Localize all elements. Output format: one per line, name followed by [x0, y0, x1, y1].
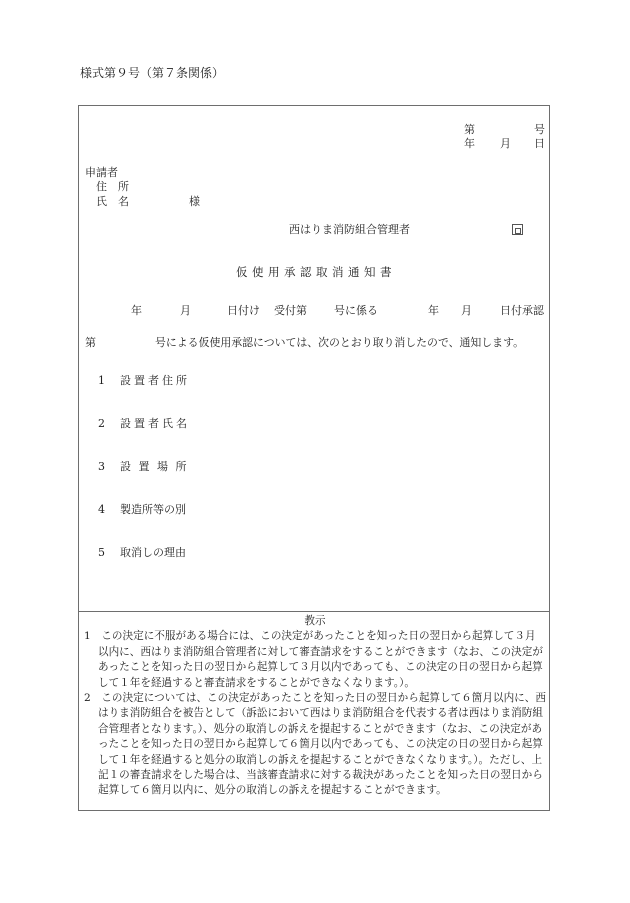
item-number: 2: [98, 417, 105, 430]
ref-year-2: 年: [428, 304, 439, 317]
item-label-cancellation-reason: 取消しの理由: [120, 546, 186, 559]
item-number: 5: [98, 546, 105, 559]
notice-heading: 教示: [84, 614, 546, 629]
ref-receipt-prefix: 受付第: [274, 304, 307, 317]
applicant-name-label: 氏 名: [96, 195, 129, 208]
item-label-facility-type: 製造所等の別: [120, 503, 186, 516]
doc-number-suffix: 号: [534, 123, 545, 136]
date-month: 月: [500, 137, 511, 150]
applicant-heading: 申請者: [85, 166, 118, 179]
issuer-name: 西はりま消防組合管理者: [289, 223, 410, 236]
ref-day-2: 日付承認: [500, 304, 544, 317]
notice-paragraph-1: 1 この決定に不服がある場合には、この決定があったことを知った日の翌日から起算し…: [84, 629, 546, 691]
item-label-installation-site: 設 置 場 所: [120, 460, 189, 473]
ref-day-1: 日付け: [227, 304, 260, 317]
notice-paragraph-2: 2 この決定については、この決定があったことを知った日の翌日から起算して６箇月以…: [84, 691, 546, 799]
ref-year-1: 年: [131, 304, 142, 317]
item-label-installer-address: 設置者住所: [120, 374, 190, 387]
ref-month-2: 月: [461, 304, 472, 317]
seal-stamp-icon: [512, 224, 523, 238]
form-label: 様式第９号（第７条関係）: [80, 67, 224, 80]
notice-divider: [78, 611, 550, 612]
document-title: 仮使用承認取消通知書: [236, 266, 396, 279]
date-year: 年: [464, 137, 475, 150]
item-label-installer-name: 設置者氏名: [120, 417, 190, 430]
applicant-honorific: 様: [189, 195, 200, 208]
notice-section: 教示 1 この決定に不服がある場合には、この決定があったことを知った日の翌日から…: [84, 614, 546, 799]
item-number: 3: [98, 460, 105, 473]
applicant-address-label: 住 所: [96, 180, 129, 193]
item-number: 4: [98, 503, 105, 516]
statement-prefix: 第: [85, 336, 96, 349]
doc-number-prefix: 第: [464, 123, 475, 136]
ref-month-1: 月: [180, 304, 191, 317]
ref-receipt-suffix: 号に係る: [334, 304, 378, 317]
date-day: 日: [534, 137, 545, 150]
item-number: 1: [98, 374, 105, 387]
statement-body: 号による仮使用承認については、次のとおり取り消したので、通知します。: [155, 336, 524, 349]
